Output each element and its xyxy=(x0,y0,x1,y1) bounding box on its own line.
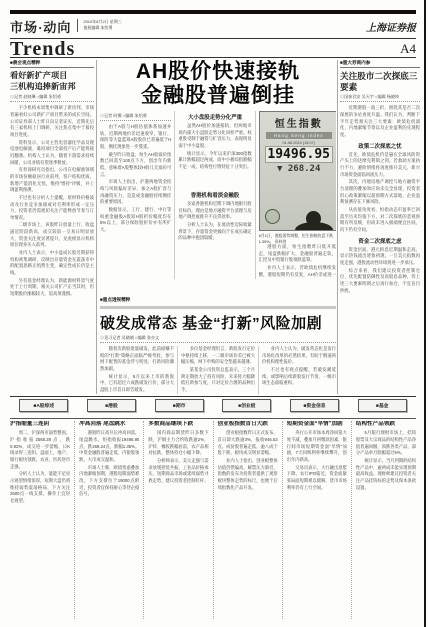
paper-name: 上海证券报 xyxy=(366,19,416,34)
main-headline: AH股价快速接轨 金融股普遍倒挂 xyxy=(100,60,336,107)
paragraph: 首先，欧债危机仍是悬在全球风险资产头上的达摩克利斯之剑。若救助方案执行不力，避险… xyxy=(340,152,420,179)
paragraph: 分析人士认为，量能不足显示观望情绪浓厚，短期大盘仍将维持弱势震荡格局，下方关注2… xyxy=(10,471,70,504)
paragraph: 虽然AH股价加速接轨，但两地市场内部大小盘股走势分化同样严重。权重股受制于融资与… xyxy=(178,123,251,150)
bottom-headline-2: 冲高回落 尾盘跳水 xyxy=(79,421,139,428)
masthead-divider xyxy=(77,19,78,32)
header-rule-2 xyxy=(10,57,416,58)
left-body: 不少机构本周集中调研了新宙邦，市场普遍看好公司新扩产项目带来的成长空间。公司证券… xyxy=(10,105,94,387)
fund-col-2: 多位基金经理坦言，新股发行定价中枢持续上移，一二级市场价差已被大幅压缩，网下申购… xyxy=(177,346,255,394)
main-col1-body: 由于A股与H股估值体系加速并轨，近期两地价差迅速收窄，银行、保险等大盘蓝筹A股股… xyxy=(100,124,171,279)
column-rule-left xyxy=(96,60,97,394)
left-byline: ⊙记者 赵晓琳 ○编辑 朱绍勇 xyxy=(10,94,94,102)
paragraph: 不过也有分析人士提醒，原材料价格波动及行业竞争加剧或对毛利率形成一定压力，投资者… xyxy=(10,195,94,222)
index-change: ▼ 268.24 xyxy=(260,164,336,174)
bottom-col-3: 多数商品继续下跌 国内商品期货昨日多数下跌，沪铜主力合约收跌逾2%，沪锌、橡胶跌… xyxy=(143,421,212,619)
main-byline: ⊙记者 时娜 ○编辑 朱绍勇 xyxy=(100,113,171,121)
paragraph: 创业板指数昨日正式发布，首日即大跌逾3%，报收946.53点。成份股普遍走低，逾… xyxy=(218,430,278,457)
paragraph: 另有基金经理认为，新能源材料景气度处于上行周期，相关公司扩产正当其时，但短期股价… xyxy=(10,278,94,298)
paragraph: 市场人士称，欧债忧虑叠加内地紧缩预期，港股短期弱势难改，下方支撑位于19000点… xyxy=(79,465,139,498)
paragraph: 央行公开市场本周净回笼力度不减，叠加月初缴款因素，银行间市场短期资金面“旱情”加… xyxy=(287,430,347,463)
main-col3-body: 港股方面，恒生指数昨日低开低走，尾盘跌幅扩大，金融股普遍走软，汇控及中资银行股领… xyxy=(259,244,336,278)
paragraph: 交易员表示，大行融出意愿下降，农行IPO临近，资金面紧张局面短期难以缓解，货币市… xyxy=(287,465,347,492)
paragraph: 多位基金经理坦言，新股发行定价中枢持续上移，一二级市场价差已被大幅压缩，网下申购… xyxy=(181,346,255,366)
tab-a-share: ■A股综述 xyxy=(19,399,68,412)
section-title-en: Trends xyxy=(10,39,75,59)
right-subhead-2: 资金二次探底之虑 xyxy=(340,237,420,245)
paragraph: 有券商研究员指出，公司在电解液领域的市场份额稳居行业前列，客户结构优质，新增产能… xyxy=(10,167,94,194)
bottom-body-5: 央行公开市场本周净回笼力度不减，叠加月初缴款因素，银行间市场短期资金面“旱情”加… xyxy=(287,430,347,492)
paragraph: 市场人士指出，沪港两地资金结构与风险偏好差异，加之A股扩容与再融资压力，是造成金… xyxy=(100,179,171,206)
main-col-1: ⊙记者 时娜 ○编辑 朱绍勇 由于A股与H股估值体系加速并轨，近期两地价差迅速收… xyxy=(100,111,171,279)
paragraph: 二级市场上，该股昨日放量上行，收盘逼近阶段新高，成交较前一交易日明显放大，资金关… xyxy=(10,222,94,249)
paragraph: 5月银行理财市场上，挂钩股票及大宗商品的结构性产品净值普遍回撤，领跌各类产品，部… xyxy=(356,430,416,457)
left-section-label: ■晨会观点精粹 xyxy=(10,60,94,68)
paragraph: 数据显示，工行、建行、中行等权重金融股A股较H股折价幅度均在5%以上，部分保险股… xyxy=(100,207,171,234)
fund-columns: 随着次新股批量破发，此前稳赚不赔的“打新”策略正面临严峻考验，参与网下配售的基金… xyxy=(100,346,336,394)
paragraph: 随着次新股批量破发，此前稳赚不赔的“打新”策略正面临严峻考验，参与网下配售的基金… xyxy=(100,346,174,373)
bottom-tabs: ■A股综述 ■港股 ■期市 ■创业板 ■资金信息 ■基金 xyxy=(10,399,416,414)
bank-seal-icon xyxy=(265,209,280,224)
bottom-body-4: 创业板指数昨日正式发布，首日即大跌逾3%，报收946.53点。成份股普遍走低，逾… xyxy=(218,430,278,492)
left-article: ■晨会观点精粹 看好新扩产项目 三机构追捧新宙邦 ⊙记者 赵晓琳 ○编辑 朱绍勇… xyxy=(10,60,94,394)
bottom-body-6: 5月银行理财市场上，挂钩股票及大宗商品的结构性产品净值普遍回撤，领跌各类产品，部… xyxy=(356,430,416,492)
paragraph: 综合来看，我们建议投资者控制仓位，优先配置防御性及高股息品种，待上述三大要素明朗… xyxy=(340,268,420,295)
paragraph: 截至昨日收盘，恒生AH股溢价指数已回落至100点下方，创出年内新低，意味着A股整… xyxy=(100,152,171,179)
main-col2-body-1: 虽然AH股价加速接轨，但两地市场内部大小盘股走势分化同样严重。权重股受制于融资与… xyxy=(178,123,251,189)
bottom-col-6: 结构性产品领跌 5月银行理财市场上，挂钩股票及大宗商品的结构性产品净值普遍回撤，… xyxy=(351,421,416,619)
bottom-col-2: 冲高回落 尾盘跳水 港股昨日高开后冲高回落，尾盘跳水，恒指收报19496.95点… xyxy=(74,421,143,619)
paragraph: 资金层面，港元拆息近期温和走高，显示热钱流出迹象初现；一旦美元指数再度走强，港股… xyxy=(340,247,420,267)
tab-fund: ■基金 xyxy=(358,399,407,412)
paragraph: 不过也有观点提醒，若破发潮延续，或影响后续新股发行节奏，一级市场生态面临重构。 xyxy=(262,367,336,387)
fund-section-band xyxy=(100,306,336,309)
fund-headline: 破发成常态 基金“打新”风险加剧 xyxy=(100,312,336,333)
tab-funds-flow: ■资金信息 xyxy=(290,399,339,412)
main-subhead-2: 香港机构看淡金融股 xyxy=(178,191,251,199)
date-line: 2010年6月2日 星期三 xyxy=(83,19,121,24)
column-rule-right xyxy=(337,60,338,394)
pedestrian-silhouette-head xyxy=(306,211,321,226)
date-block: 2010年6月2日 星期三 值班编辑 朱绍勇 xyxy=(83,19,121,31)
bottom-headline-5: 短期资金面“旱情”加剧 xyxy=(287,421,347,428)
paragraph: 业内人士指出，创业板整体估值仍然偏高，解禁压力渐近，指数的发布为投资者提供了观察… xyxy=(218,458,278,491)
bottom-body-1: 周二，沪深两市弱势整固，沪指收报2568.28点，跌0.92%，成交进一步萎缩，… xyxy=(10,430,70,505)
paragraph: 资料显示，公司主营电容器化学品及锂电池电解液，募投项目全部投产后产能将接近翻番。… xyxy=(10,140,94,167)
main-col2-body-2: 多家香港机构近期下调内地银行股目标价，理由是地方融资平台清理与房地产调控或推升不… xyxy=(178,201,251,271)
bottom-headline-6: 结构性产品领跌 xyxy=(356,421,416,428)
photo-caption: 6月1日，港股弱势调整，恒生指数收盘下跌1.35%。 资料图 xyxy=(259,233,336,244)
bottom-rule-mid xyxy=(10,418,416,419)
fund-byline: ⊙见习记者 吴晓婧 ○编辑 张亦文 xyxy=(100,335,336,343)
main-subhead-1: 大小盘股走势分化严重 xyxy=(178,113,251,121)
bottom-col-1: 沪指缩量三连阴 周二，沪深两市弱势整固，沪指收报2568.28点，跌0.92%，… xyxy=(10,421,74,619)
main-columns: ⊙记者 时娜 ○编辑 朱绍勇 由于A股与H股估值体系加速并轨，近期两地价差迅速收… xyxy=(100,111,336,279)
paragraph: 业内人士认为，破发常态化是发行市场化改革的必然结果，有助于倒逼询价机构理性报价。 xyxy=(262,346,336,366)
paragraph: 业内人士表示，中小盘成长股近期获得机构密集调研，反映出存量资金在震荡市中的配置思… xyxy=(10,250,94,277)
tab-chinext: ■创业板 xyxy=(222,399,271,412)
paragraph: 不少机构本周集中调研了新宙邦，市场普遍看好公司新扩产项目带来的成长空间。公司证券… xyxy=(10,105,94,138)
paragraph: 统计显示，当月到期的结构性产品中，逾两成未能实现预期最高收益。理财师建议投资者关… xyxy=(356,458,416,491)
bottom-col-5: 短期资金面“旱情”加剧 央行公开市场本周净回笼力度不减，叠加月初缴款因素，银行间… xyxy=(282,421,351,619)
bottom-columns: 沪指缩量三连阴 周二，沪深两市弱势整固，沪指收报2568.28点，跌0.92%，… xyxy=(10,421,416,619)
bottom-col-4: 创业板指数首日大跌 创业板指数昨日正式发布，首日即大跌逾3%，报收946.53点… xyxy=(213,421,282,619)
right-body-1: 近期港股一波三折，围绕其是否二次探底的争论再度升温。我们认为，判断下半年走势须关… xyxy=(340,105,420,139)
section-title-cn: 市场·动向 xyxy=(10,17,71,36)
masthead-top-bar xyxy=(10,10,416,14)
page-edge-line xyxy=(424,0,426,627)
right-subhead-1: 政策二次探底之忧 xyxy=(340,142,420,150)
right-headline: 关注股市二次探底三要素 xyxy=(340,71,420,92)
paragraph: 周二，沪深两市弱势整固，沪指收报2568.28点，跌0.92%，成交进一步萎缩，… xyxy=(10,430,70,470)
paragraph: 业内人士表示，若欧债危机继续发酵，港股短期仍有反复，AH价差或进一步收窄甚至全面… xyxy=(259,265,336,278)
paragraph: 统计显示，5月以来上市的新股中，已有超过六成跌破发行价，部分大盘股上市首日即告破… xyxy=(100,374,174,394)
paragraph: 其次，内地房地产调控与地方融资平台清理的叠加效应尚未完全显现，投资者担心政策紧缩… xyxy=(340,179,420,206)
board-subtitle: Hang Seng Index xyxy=(266,132,332,139)
tab-hk-stocks: ■港股 xyxy=(87,399,136,412)
masthead-row: 市场·动向 2010年6月2日 星期三 值班编辑 朱绍勇 上海证券报 xyxy=(10,17,416,37)
fund-col-3: 业内人士认为，破发常态化是发行市场化改革的必然结果，有助于倒逼询价机构理性报价。… xyxy=(258,346,336,394)
bottom-body-2: 港股昨日高开后冲高回落，尾盘跳水，恒指收报19496.95点，跌268.24点，… xyxy=(79,430,139,499)
right-body-3: 资金层面，港元拆息近期温和走高，显示热钱流出迹象初现；一旦美元指数再度走强，港股… xyxy=(340,247,420,296)
right-body-2: 首先，欧债危机仍是悬在全球风险资产头上的达摩克利斯之剑。若救助方案执行不力，避险… xyxy=(340,152,420,235)
paragraph: 国内商品期货昨日多数下跌，沪铜主力合约收跌逾2%，沪锌、橡胶跌幅居前，农产品相对… xyxy=(148,430,208,457)
index-value: 19496.95 xyxy=(265,146,333,163)
tab-futures: ■期市 xyxy=(155,399,204,412)
main-col-2: 大小盘股走势分化严重 虽然AH股价加速接轨，但两地市场内部大小盘股走势分化同样严… xyxy=(174,111,251,279)
paragraph: 多家香港机构近期下调内地银行股目标价，理由是地方融资平台清理与房地产调控或推升不… xyxy=(178,201,251,221)
paragraph: 港股方面，恒生指数昨日低开低走，尾盘跌幅扩大，金融股普遍走软，汇控及中资银行股领… xyxy=(259,244,336,264)
paragraph: 分析师表示，美元走强与需求放缓担忧共振，工业品价格承压，短期商品市场或延续弱势寻… xyxy=(148,458,208,485)
bottom-body-3: 国内商品期货昨日多数下跌，沪铜主力合约收跌逾2%，沪锌、橡胶跌幅居前，农产品相对… xyxy=(148,430,208,485)
bottom-headline-1: 沪指缩量三连阴 xyxy=(10,421,70,428)
newspaper-page: 市场·动向 2010年6月2日 星期三 值班编辑 朱绍勇 上海证券报 Trend… xyxy=(0,0,428,627)
fund-section-label: ■重点透视精粹 xyxy=(100,297,130,304)
right-section-label: ■重大券商内参 xyxy=(340,60,420,68)
right-article: ■重大券商内参 关注股市二次探底三要素 ⊙国泰君安 吴天宇 ○编辑 杨晓坤 近期… xyxy=(340,60,420,394)
fund-article: ■重点透视精粹 破发成常态 基金“打新”风险加剧 ⊙见习记者 吴晓婧 ○编辑 张… xyxy=(100,288,336,394)
paragraph: 某基金公司投资总监表示，三个月锁定期放大了持有风险，未来将大幅降低打新参与度，只… xyxy=(181,367,255,394)
duty-editor-line: 值班编辑 朱绍勇 xyxy=(83,25,112,30)
bottom-headline-4: 创业板指数首日大跌 xyxy=(218,421,278,428)
paragraph: 近期港股一波三折，围绕其是否二次探底的争论再度升温。我们认为，判断下半年走势须关… xyxy=(340,105,420,138)
paragraph: 港股昨日高开后冲高回落，尾盘跳水，恒指收报19496.95点，跌268.24点，… xyxy=(79,430,139,463)
paragraph: 由于A股与H股估值体系加速并轨，近期两地价差迅速收窄，银行、保险等大盘蓝筹A股股… xyxy=(100,124,171,151)
right-byline: ⊙国泰君安 吴天宇 ○编辑 杨晓坤 xyxy=(340,94,420,102)
paragraph: 从估值角度看，恒指动态市盈率已回落至历史均值下方，对二次探底的悲观预期有所反映，… xyxy=(340,207,420,234)
paragraph: 分析人士认为，在流动性边际收紧背景下，存量资金更倾向于在成长确定的品种中抱团取暖… xyxy=(178,222,251,242)
board-timestamp: 01-06-2010 (15:07) xyxy=(260,141,336,145)
paragraph: 统计显示，今年以来沪深300指数累计跌幅超过两成，而中小板综指跌幅不足一成，结构… xyxy=(178,151,251,171)
bottom-headline-3: 多数商品继续下跌 xyxy=(148,421,208,428)
fund-col-1: 随着次新股批量破发，此前稳赚不赔的“打新”策略正面临严峻考验，参与网下配售的基金… xyxy=(100,346,174,394)
left-headline: 看好新扩产项目 三机构追捧新宙邦 xyxy=(10,71,94,92)
page-number: A4 xyxy=(400,42,416,55)
board-title: 恒生指數 xyxy=(260,115,336,130)
hang-seng-board-photo: 恒生指數 Hang Seng Index 01-06-2010 (15:07) … xyxy=(259,111,336,231)
bottom-rule-top xyxy=(10,396,416,397)
trends-row: Trends A4 xyxy=(10,39,416,57)
main-col-3: 恒生指數 Hang Seng Index 01-06-2010 (15:07) … xyxy=(255,111,336,279)
